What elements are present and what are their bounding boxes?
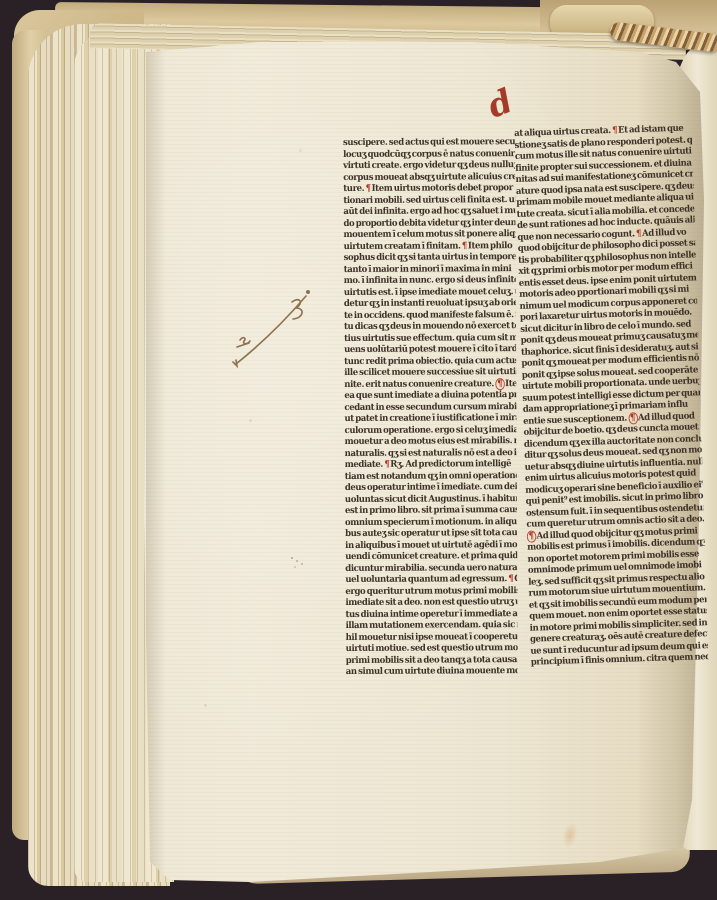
pilcrow-rubric: ¶ xyxy=(628,412,638,424)
foxing-specks xyxy=(0,0,1,1)
pilcrow-rubric: ¶ xyxy=(636,229,642,239)
pilcrow-rubric: ¶ xyxy=(366,184,372,194)
pilcrow-rubric: ¶ xyxy=(495,378,505,390)
pilcrow-rubric: ¶ xyxy=(462,241,468,251)
pencil-mark xyxy=(291,557,293,559)
pilcrow-rubric: ¶ xyxy=(508,574,514,584)
pilcrow-rubric: ¶ xyxy=(612,126,618,136)
page-left-shadow xyxy=(146,48,166,876)
marginalia-ink xyxy=(232,276,327,371)
pilcrow-rubric: ¶ xyxy=(384,460,390,470)
text-column-right: at aliqua uirtus creata. ¶Et ad istam qu… xyxy=(514,123,709,680)
book-photo: d suscipere. sed actus qui est mouere se… xyxy=(0,0,717,900)
pilcrow-rubric: ¶ xyxy=(527,530,537,542)
text-column-left: suscipere. sed actus qui est mouere secu… xyxy=(343,137,518,690)
